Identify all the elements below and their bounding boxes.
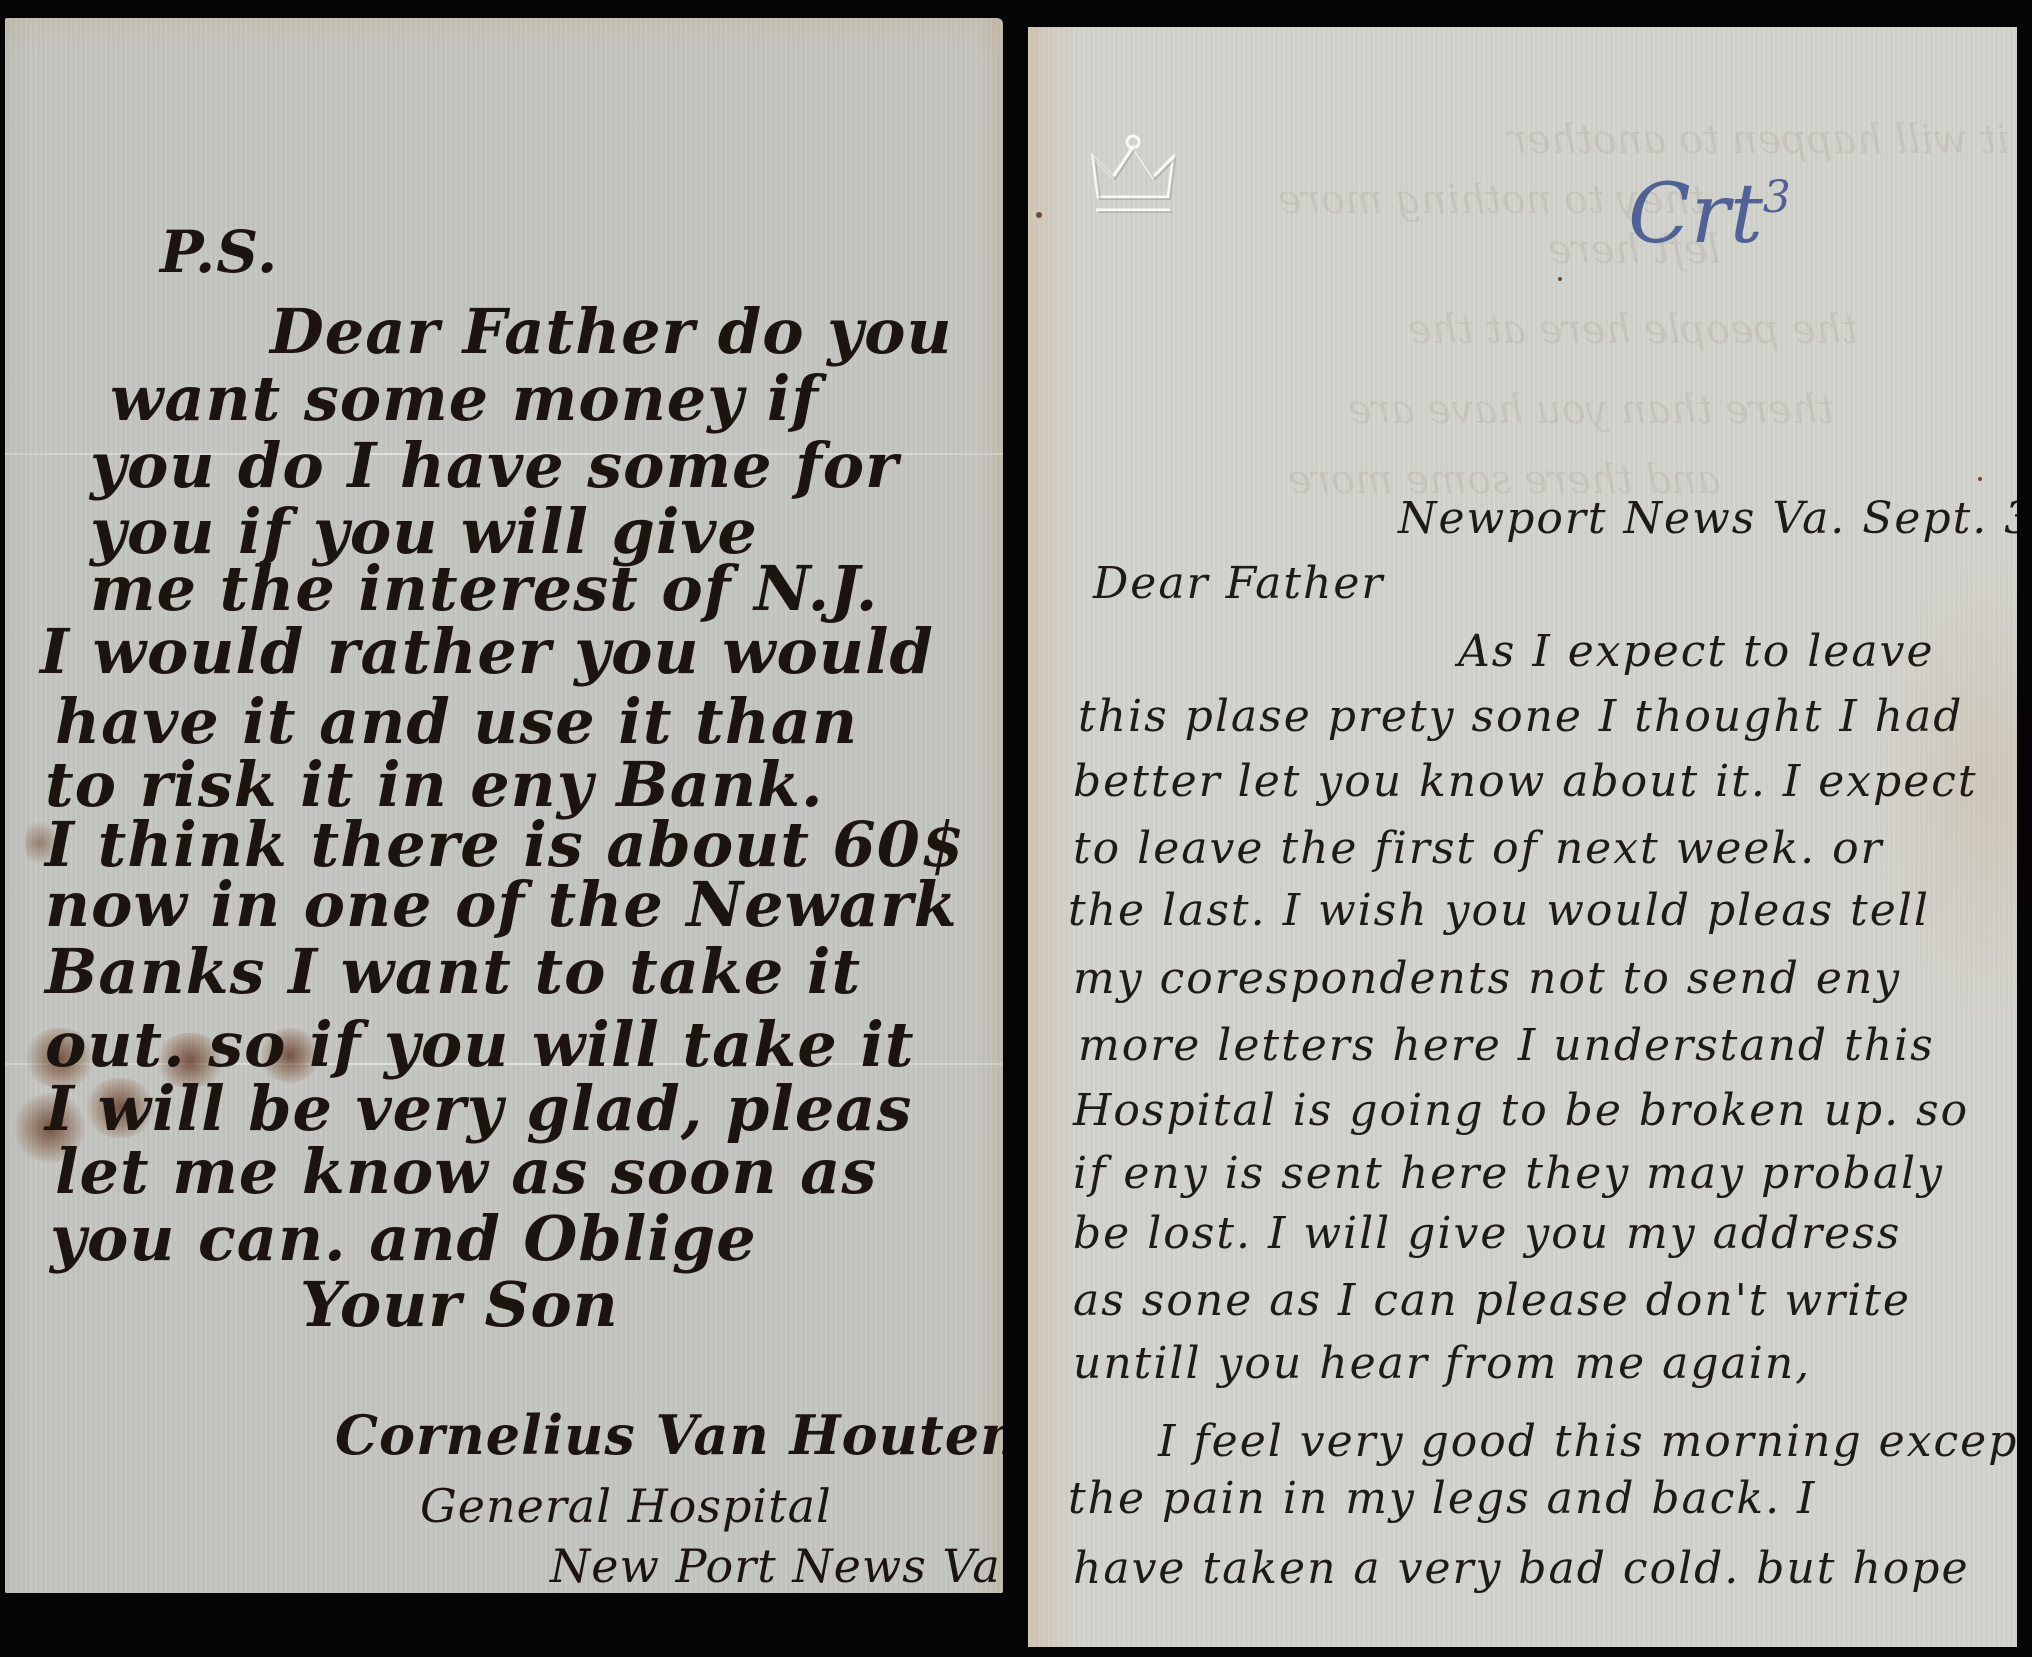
dateline: Newport News Va. Sept. 3rd 1862 xyxy=(1398,497,2017,541)
letter-line: better let you know about it. I expect xyxy=(1073,760,1978,804)
crown-emboss-icon xyxy=(1078,122,1188,232)
letter-line: have taken a very bad cold. but hope xyxy=(1073,1547,1969,1591)
letter-line: have it and use it than xyxy=(55,691,858,753)
paper-spot xyxy=(1558,277,1562,281)
letter-line: want some money if xyxy=(110,368,819,430)
letter-line: more letters here I understand this xyxy=(1078,1024,1935,1068)
letter-line: out. so if you will take it xyxy=(45,1014,915,1076)
letter-line: me the interest of N.J. xyxy=(90,558,878,620)
ps-heading: P.S. xyxy=(160,223,278,281)
letter-line: my corespondents not to send eny xyxy=(1073,957,1901,1001)
letter-line: the last. I wish you would pleas tell xyxy=(1068,889,1930,933)
letter-line: now in one of the Newark xyxy=(45,874,958,936)
salutation: Dear Father xyxy=(1093,562,1384,606)
letter-line: I will be very glad, pleas xyxy=(45,1078,912,1140)
letter-line: be lost. I will give you my address xyxy=(1073,1212,1901,1256)
letter-page-right: it will happen to another they to nothin… xyxy=(1028,27,2017,1647)
closing-your-son: Your Son xyxy=(300,1274,619,1336)
letter-line: to risk it in eny Bank. xyxy=(45,754,824,816)
letter-line: this plase prety sone I thought I had xyxy=(1078,695,1963,739)
archive-pencil-mark: Crt3 xyxy=(1628,167,1791,262)
letter-line: I feel very good this morning excepting xyxy=(1158,1420,2017,1464)
letter-line: as sone as I can please don't write xyxy=(1073,1279,1911,1323)
letter-line: if eny is sent here they may probaly xyxy=(1073,1152,1944,1196)
letter-line: let me know as soon as xyxy=(55,1141,877,1203)
letter-line: I would rather you would xyxy=(40,621,934,683)
letter-line: untill you hear from me again, xyxy=(1073,1342,1811,1386)
letter-line: you do I have some for xyxy=(90,435,899,497)
signature-hospital: General Hospital xyxy=(420,1483,832,1529)
letter-line: Hospital is going to be broken up. so xyxy=(1073,1089,1969,1133)
paper-spot xyxy=(1978,477,1982,481)
bleed-through-text: it will happen to another xyxy=(1508,117,2009,163)
bleed-through-text: there than you have are xyxy=(1348,387,1834,433)
bleed-through-text: the people here at the xyxy=(1408,307,1857,353)
archive-mark-text: Crt xyxy=(1628,167,1763,262)
letter-page-left: P.S. Dear Father do you want some money … xyxy=(5,18,1003,1593)
letter-line: the pain in my legs and back. I xyxy=(1068,1477,1816,1521)
letter-line: Dear Father do you xyxy=(270,301,953,363)
letter-line: to leave the first of next week. or xyxy=(1073,827,1884,871)
letter-line: I think there is about 60$ xyxy=(45,814,965,876)
letter-line: As I expect to leave xyxy=(1458,630,1934,674)
signature-name: Cornelius Van Houten xyxy=(335,1408,1003,1462)
archive-mark-number: 3 xyxy=(1763,172,1791,223)
letter-line: you can. and Oblige xyxy=(50,1208,757,1270)
signature-location: New Port News Va. xyxy=(550,1543,1003,1589)
letter-line: Banks I want to take it xyxy=(45,941,861,1003)
paper-spot xyxy=(1036,212,1042,218)
